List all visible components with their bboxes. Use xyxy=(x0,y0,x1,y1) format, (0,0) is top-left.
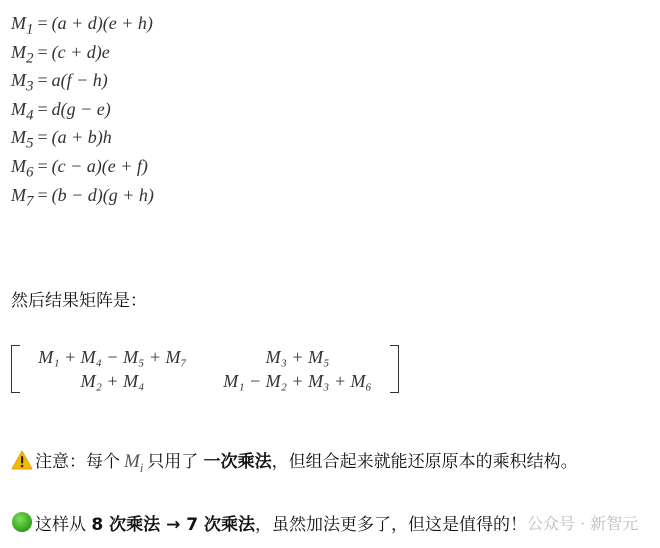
equation-m3: M3=a(f − h) xyxy=(11,66,154,95)
note-bold: 一次乘法 xyxy=(204,452,272,472)
warning-icon xyxy=(11,450,33,475)
equation-list: M1=(a + d)(e + h) M2=(c + d)e M3=a(f − h… xyxy=(11,9,154,209)
matrix-cell-21: M₂ + M₄ xyxy=(20,369,205,393)
equation-m5: M5=(a + b)h xyxy=(11,123,154,152)
note-line: 注意：每个Mi只用了 一次乘法，但组合起来就能还原原本的乘积结构。 xyxy=(11,447,578,476)
matrix-cell-12: M₃ + M₅ xyxy=(205,345,390,369)
equation-m2: M2=(c + d)e xyxy=(11,38,154,67)
note-prefix: 注意：每个 xyxy=(35,452,120,472)
equation-m7: M7=(b − d)(g + h) xyxy=(11,181,154,210)
matrix-cell-22: M₁ − M₂ + M₃ + M₆ xyxy=(205,369,390,393)
note-middle: 只用了 xyxy=(147,452,198,472)
matrix-cell-11: M₁ + M₄ − M₅ + M₇ xyxy=(20,345,205,369)
note-suffix: ，但组合起来就能还原原本的乘积结构。 xyxy=(272,452,578,472)
watermark: 公众号 · 新智元 xyxy=(527,511,638,534)
right-bracket xyxy=(390,345,399,393)
equation-m4: M4=d(g − e) xyxy=(11,95,154,124)
equation-m1: M1=(a + d)(e + h) xyxy=(11,9,154,38)
result-matrix-heading: 然后结果矩阵是： xyxy=(11,286,147,311)
summary-prefix: 这样从 xyxy=(35,515,86,535)
note-symbol: Mi xyxy=(124,451,143,472)
result-matrix: M₁ + M₄ − M₅ + M₇ M₃ + M₅ M₂ + M₄ M₁ − M… xyxy=(11,345,399,393)
equation-m6: M6=(c − a)(e + f) xyxy=(11,152,154,181)
left-bracket xyxy=(11,345,20,393)
green-circle-icon xyxy=(11,511,33,538)
summary-suffix: ，虽然加法更多了，但这是值得的！ xyxy=(255,515,527,535)
summary-bold: 8 次乘法 → 7 次乘法 xyxy=(91,515,255,535)
summary-line: 这样从 8 次乘法 → 7 次乘法，虽然加法更多了，但这是值得的！ xyxy=(11,510,527,538)
